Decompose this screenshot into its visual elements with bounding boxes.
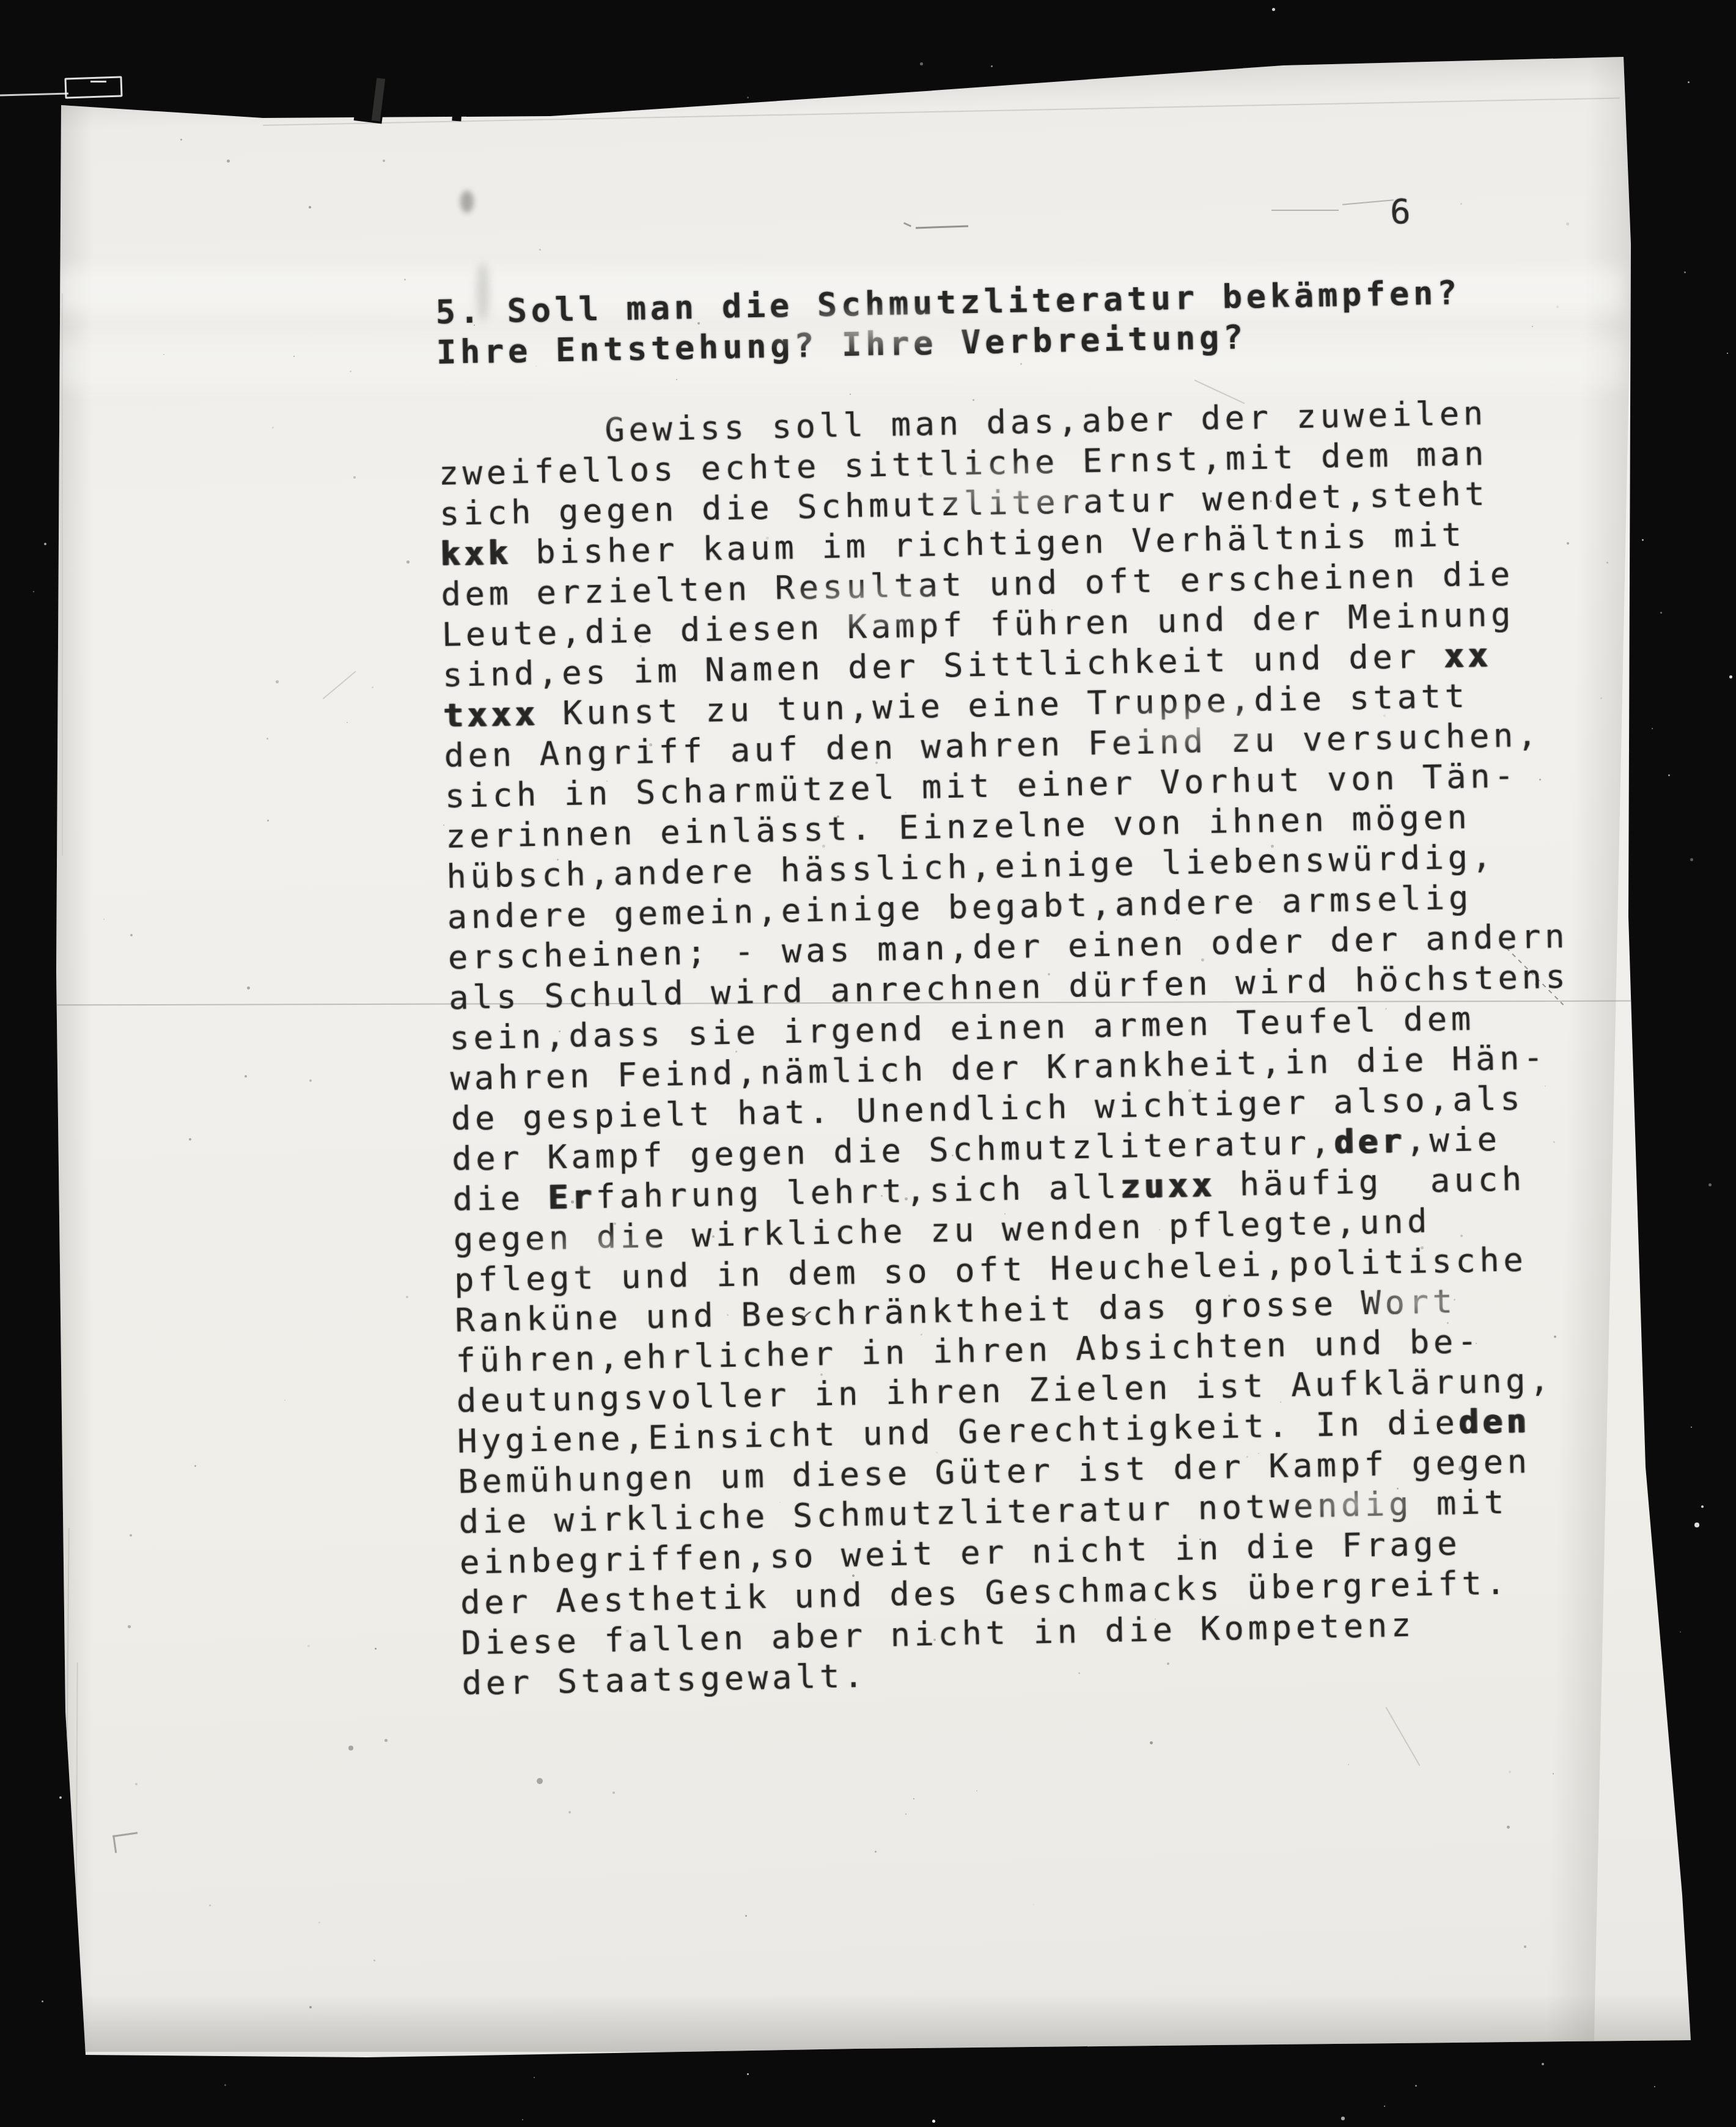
paper-speck	[293, 356, 295, 357]
typed-overstrike-text: kxk	[440, 534, 512, 573]
film-noise-speck	[1701, 1505, 1704, 1508]
paper-speck	[189, 1138, 191, 1141]
paper-speck	[1348, 1764, 1349, 1765]
film-noise-speck	[932, 2120, 935, 2123]
paper-speck	[383, 160, 385, 162]
paper-speck	[130, 1534, 132, 1537]
paper-speck	[309, 206, 311, 208]
paper-speck	[404, 279, 406, 281]
sheet-stack-edge	[62, 293, 63, 856]
paper-speck	[307, 1645, 310, 1647]
answer-paragraph: Gewiss soll man das,aber der zuweilenzwe…	[438, 392, 1583, 1704]
paper-speck	[1553, 1773, 1554, 1774]
film-noise-speck	[1272, 8, 1275, 11]
paper-speck	[539, 249, 541, 251]
film-noise-speck	[1415, 2085, 1417, 2087]
paper-speck	[348, 1746, 353, 1750]
paper-speck	[103, 919, 105, 920]
paper-speck	[1460, 203, 1462, 205]
staple-mark-notch	[90, 75, 106, 83]
paper-speck	[267, 820, 269, 821]
paper-speck	[976, 1790, 977, 1791]
film-noise-speck	[1694, 1523, 1699, 1527]
typed-text: häufig auch	[1215, 1159, 1526, 1204]
paper-speck	[163, 354, 164, 355]
paper-speck	[347, 722, 348, 723]
film-noise-speck	[224, 2084, 226, 2086]
paper-speck	[875, 1851, 877, 1853]
film-noise-speck	[33, 591, 34, 592]
paper-speck	[406, 560, 410, 564]
film-noise-speck	[747, 97, 749, 98]
paper-speck	[1606, 562, 1608, 564]
film-noise-speck	[1729, 675, 1732, 678]
document-page: 6 5. Soll man die Schmutzliteratur bekäm…	[0, 0, 1736, 2127]
paper-speck	[227, 160, 230, 163]
fiber-mark	[1386, 1707, 1421, 1766]
paper-speck	[130, 934, 133, 936]
paper-speck	[612, 1791, 615, 1794]
page-number: 6	[1389, 192, 1411, 232]
paper-speck	[135, 1783, 138, 1785]
paper-speck	[375, 1648, 377, 1650]
paper-speck	[568, 1811, 571, 1813]
film-noise-speck	[1384, 2106, 1385, 2107]
film-noise-speck	[44, 543, 46, 545]
film-noise-speck	[1691, 1427, 1692, 1428]
typed-overstrike-text: den	[1458, 1401, 1531, 1441]
paper-speck	[373, 1960, 375, 1961]
film-noise-speck	[42, 2000, 43, 2002]
paper-speck	[384, 1739, 388, 1742]
paper-speck	[1567, 542, 1569, 545]
paper-speck	[318, 1922, 320, 1923]
film-noise-speck	[1668, 774, 1670, 776]
paper-speck	[209, 1905, 211, 1906]
paper-speck	[537, 1778, 543, 1784]
fiber-mark	[323, 671, 356, 700]
typed-text: ,wie	[1405, 1120, 1501, 1160]
paper-speck	[1566, 222, 1569, 226]
paper-speck	[309, 2006, 312, 2008]
film-noise-speck	[1727, 353, 1728, 354]
typed-overstrike-text: Er	[548, 1177, 596, 1216]
film-noise-speck	[747, 2073, 749, 2075]
film-noise-speck	[920, 62, 923, 65]
film-noise-speck	[59, 1796, 62, 1799]
paper-speck	[443, 825, 444, 826]
film-noise-speck	[991, 65, 993, 67]
paper-speck	[276, 680, 279, 683]
paper-speck	[372, 686, 373, 688]
film-noise-speck	[1708, 1183, 1712, 1186]
paper-speck	[1033, 1904, 1034, 1905]
film-noise-speck	[534, 2077, 535, 2078]
scribble-line-left-of-page-number	[1271, 210, 1339, 211]
typed-text: der Staatsgewalt.	[462, 1656, 867, 1703]
paper-speck	[272, 427, 274, 428]
paper-speck	[1556, 306, 1559, 308]
scanned-document-viewport: 6 5. Soll man die Schmutzliteratur bekäm…	[0, 0, 1736, 2127]
paper-speck	[284, 1400, 285, 1401]
paper-speck	[353, 476, 356, 479]
ink-smudge	[460, 191, 474, 213]
pencil-hook-mark	[112, 1832, 140, 1853]
film-noise-speck	[1341, 2117, 1345, 2120]
typed-overstrike-text: zuxx	[1120, 1166, 1216, 1206]
paper-speck	[247, 986, 250, 990]
paper-speck	[194, 1465, 196, 1467]
question-heading: 5. Soll man die Schmutzliteratur bekämpf…	[435, 271, 1558, 373]
typewritten-text-layer: 5. Soll man die Schmutzliteratur bekämpf…	[435, 271, 1583, 1704]
film-noise-speck	[1652, 728, 1653, 729]
pencil-mark	[916, 226, 968, 229]
paper-speck	[180, 139, 182, 141]
film-noise-speck	[1690, 858, 1693, 861]
paper-speck	[267, 738, 268, 740]
paper-speck	[1600, 697, 1602, 699]
film-noise-speck	[1660, 612, 1662, 614]
paper-speck	[128, 1625, 131, 1628]
paper-speck	[1150, 1741, 1153, 1744]
typed-text: die	[452, 1178, 548, 1219]
paper-speck	[745, 1915, 747, 1917]
film-noise-speck	[1654, 2086, 1655, 2087]
typed-overstrike-text: xx	[1444, 636, 1492, 675]
paper-speck	[309, 1079, 312, 1082]
film-noise-speck	[1542, 2063, 1544, 2065]
film-noise-speck	[1688, 81, 1690, 83]
film-noise-speck	[1642, 539, 1644, 541]
paper-speck	[1524, 1945, 1526, 1948]
paper-speck	[406, 1296, 408, 1298]
paper-speck	[245, 1075, 247, 1078]
film-noise-speck	[1680, 1631, 1681, 1633]
typed-overstrike-text: txxx	[443, 694, 539, 735]
pencil-mark	[903, 222, 911, 227]
paper-speck	[1509, 1771, 1511, 1773]
paper-speck	[913, 1798, 914, 1799]
typed-overstrike-text: der	[1334, 1122, 1406, 1161]
paper-speck	[350, 370, 351, 372]
paper-speck	[905, 1813, 907, 1815]
paper-speck	[1507, 1826, 1510, 1829]
scribble-line-left-of-page-number	[1342, 199, 1394, 205]
film-noise-speck	[522, 2119, 523, 2120]
film-noise-speck	[1684, 271, 1686, 273]
